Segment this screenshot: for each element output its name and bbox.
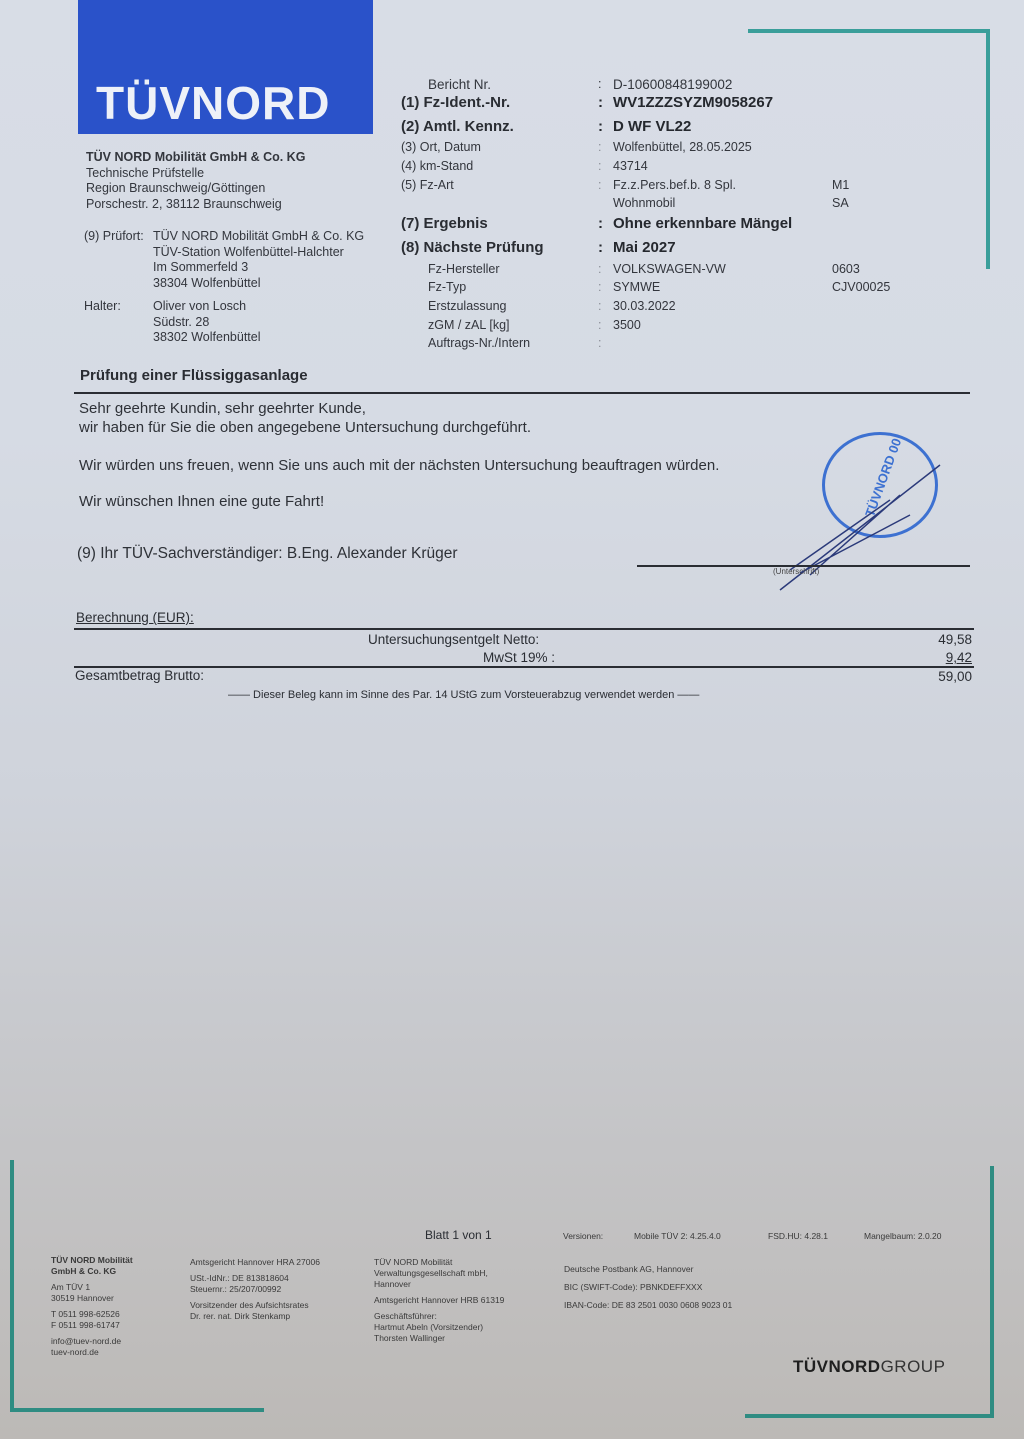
- vat-value: 9,42: [946, 650, 972, 665]
- paragraph-good-trip: Wir wünschen Ihnen eine gute Fahrt!: [79, 493, 324, 510]
- footer-line: Amtsgericht Hannover HRB 61319: [374, 1295, 504, 1306]
- footer-line: BIC (SWIFT-Code): PBNKDEFFXXX: [564, 1278, 732, 1296]
- field-colon: :: [598, 77, 601, 91]
- halter-line: Oliver von Losch: [153, 299, 261, 315]
- tuv-nord-logo: TÜVNORD: [96, 76, 330, 130]
- footer-line: Dr. rer. nat. Dirk Stenkamp: [190, 1311, 320, 1322]
- footer-line: TÜV NORD Mobilität: [374, 1257, 504, 1268]
- version-mobile: Mobile TÜV 2: 4.25.4.0: [634, 1231, 721, 1242]
- pruefort-label: (9) Prüfort:: [84, 229, 144, 245]
- tuv-nord-group-logo: TÜVNORDGROUP: [793, 1357, 945, 1377]
- field-colon: :: [598, 159, 601, 173]
- report-field-value: D WF VL22: [613, 118, 691, 135]
- field-colon: :: [598, 94, 603, 111]
- footer-line: GmbH & Co. KG: [51, 1266, 133, 1277]
- halter-line: Südstr. 28: [153, 315, 261, 331]
- net-label: Untersuchungsentgelt Netto:: [368, 632, 539, 647]
- footer-line: TÜV NORD Mobilität: [51, 1255, 133, 1266]
- corner-frame-bottom-right: [745, 1166, 994, 1418]
- group-logo-bold: TÜVNORD: [793, 1357, 881, 1376]
- footer-line: IBAN-Code: DE 83 2501 0030 0608 9023 01: [564, 1296, 732, 1314]
- field-colon: :: [598, 178, 601, 192]
- report-field-code: CJV00025: [832, 280, 890, 294]
- field-colon: :: [598, 336, 601, 350]
- report-field-label: (8) Nächste Prüfung: [401, 239, 544, 256]
- total-value: 59,00: [938, 669, 972, 684]
- billing-title: Berechnung (EUR):: [76, 610, 194, 625]
- vat-label: MwSt 19% :: [483, 650, 555, 665]
- field-colon: :: [598, 140, 601, 154]
- billing-divider-top: [74, 628, 974, 630]
- pruefort-address: TÜV NORD Mobilität GmbH & Co. KG TÜV-Sta…: [153, 229, 364, 291]
- field-colon: :: [598, 280, 601, 294]
- pruefort-line: TÜV-Station Wolfenbüttel-Halchter: [153, 245, 364, 261]
- company-line: Technische Prüfstelle: [86, 166, 305, 182]
- footer-line: T 0511 998-62526: [51, 1309, 133, 1320]
- halter-address: Oliver von Losch Südstr. 28 38302 Wolfen…: [153, 299, 261, 346]
- footer-line: 30519 Hannover: [51, 1293, 133, 1304]
- corner-frame-top-right: [748, 29, 990, 269]
- report-field-label: Erstzulassung: [428, 299, 507, 313]
- report-field-value: Fz.z.Pers.bef.b. 8 Spl.: [613, 178, 736, 192]
- footer-line: Vorsitzender des Aufsichtsrates: [190, 1300, 320, 1311]
- halter-label: Halter:: [84, 299, 121, 315]
- page-indicator: Blatt 1 von 1: [425, 1228, 492, 1242]
- footer-line: Deutsche Postbank AG, Hannover: [564, 1260, 732, 1278]
- report-field-value: WV1ZZZSYZM9058267: [613, 94, 773, 111]
- version-fsd: FSD.HU: 4.28.1: [768, 1231, 828, 1242]
- report-field-label: zGM / zAL [kg]: [428, 318, 510, 332]
- report-field-value: Wolfenbüttel, 28.05.2025: [613, 140, 752, 154]
- report-field-label: (2) Amtl. Kennz.: [401, 118, 514, 135]
- footer-company-contact: TÜV NORD MobilitätGmbH & Co. KGAm TÜV 13…: [51, 1255, 133, 1358]
- report-field-value: Wohnmobil: [613, 196, 675, 210]
- report-field-label: (7) Ergebnis: [401, 215, 488, 232]
- report-field-value: SYMWE: [613, 280, 660, 294]
- tax-note: —— Dieser Beleg kann im Sinne des Par. 1…: [228, 689, 699, 701]
- report-field-code: SA: [832, 196, 849, 210]
- company-line: Region Braunschweig/Göttingen: [86, 181, 305, 197]
- report-field-value: Mai 2027: [613, 239, 676, 256]
- footer-line: Hartmut Abeln (Vorsitzender): [374, 1322, 504, 1333]
- report-field-label: (4) km-Stand: [401, 159, 473, 173]
- inspection-title: Prüfung einer Flüssiggasanlage: [80, 367, 308, 384]
- field-colon: :: [598, 262, 601, 276]
- footer-legal-info: Amtsgericht Hannover HRA 27006USt.-IdNr.…: [190, 1257, 320, 1322]
- footer-line: Hannover: [374, 1279, 504, 1290]
- versions-label: Versionen:: [563, 1231, 603, 1242]
- expert-name: (9) Ihr TÜV-Sachverständiger: B.Eng. Ale…: [77, 545, 458, 563]
- field-colon: :: [598, 215, 603, 232]
- pruefort-line: TÜV NORD Mobilität GmbH & Co. KG: [153, 229, 364, 245]
- report-field-code: 0603: [832, 262, 860, 276]
- report-field-label: Auftrags-Nr./Intern: [428, 336, 530, 350]
- company-address: TÜV NORD Mobilität GmbH & Co. KG Technis…: [86, 150, 305, 212]
- billing-divider-bottom: [74, 666, 974, 668]
- report-field-label: Fz-Typ: [428, 280, 466, 294]
- footer-line: Geschäftsführer:: [374, 1311, 504, 1322]
- field-colon: :: [598, 118, 603, 135]
- title-divider: [74, 392, 970, 394]
- footer-line: F 0511 998-61747: [51, 1320, 133, 1331]
- footer-line: info@tuev-nord.de: [51, 1336, 133, 1347]
- halter-line: 38302 Wolfenbüttel: [153, 330, 261, 346]
- report-field-label: Fz-Hersteller: [428, 262, 500, 276]
- footer-line: Thorsten Wallinger: [374, 1333, 504, 1344]
- report-field-label: (5) Fz-Art: [401, 178, 454, 192]
- pruefort-line: Im Sommerfeld 3: [153, 260, 364, 276]
- paragraph-next-exam: Wir würden uns freuen, wenn Sie uns auch…: [79, 457, 719, 474]
- company-line: Porschestr. 2, 38112 Braunschweig: [86, 197, 305, 213]
- report-field-value: 43714: [613, 159, 648, 173]
- field-colon: :: [598, 239, 603, 256]
- version-mangelbaum: Mangelbaum: 2.0.20: [864, 1231, 942, 1242]
- footer-management: TÜV NORD MobilitätVerwaltungsgesellschaf…: [374, 1257, 504, 1344]
- footer-line: Amtsgericht Hannover HRA 27006: [190, 1257, 320, 1268]
- report-field-label: (1) Fz-Ident.-Nr.: [401, 94, 510, 111]
- report-field-value: D-10600848199002: [613, 77, 732, 92]
- report-field-value: Ohne erkennbare Mängel: [613, 215, 792, 232]
- report-field-label: Bericht Nr.: [428, 77, 491, 92]
- field-colon: :: [598, 299, 601, 313]
- report-field-value: VOLKSWAGEN-VW: [613, 262, 726, 276]
- signature-label: (Unterschrift): [773, 567, 819, 576]
- footer-line: Steuernr.: 25/207/00992: [190, 1284, 320, 1295]
- footer-bank-info: Deutsche Postbank AG, HannoverBIC (SWIFT…: [564, 1260, 732, 1314]
- footer-line: tuev-nord.de: [51, 1347, 133, 1358]
- total-label: Gesamtbetrag Brutto:: [75, 668, 204, 683]
- report-field-value: 30.03.2022: [613, 299, 676, 313]
- group-logo-light: GROUP: [881, 1357, 946, 1376]
- pruefort-line: 38304 Wolfenbüttel: [153, 276, 364, 292]
- net-value: 49,58: [938, 632, 972, 647]
- footer-line: Verwaltungsgesellschaft mbH,: [374, 1268, 504, 1279]
- report-field-label: (3) Ort, Datum: [401, 140, 481, 154]
- company-name: TÜV NORD Mobilität GmbH & Co. KG: [86, 150, 305, 166]
- footer-line: USt.-IdNr.: DE 813818604: [190, 1273, 320, 1284]
- report-field-code: M1: [832, 178, 849, 192]
- report-field-value: 3500: [613, 318, 641, 332]
- greeting-line-2: wir haben für Sie die oben angegebene Un…: [79, 419, 531, 436]
- field-colon: :: [598, 318, 601, 332]
- footer-line: Am TÜV 1: [51, 1282, 133, 1293]
- greeting-line-1: Sehr geehrte Kundin, sehr geehrter Kunde…: [79, 400, 366, 417]
